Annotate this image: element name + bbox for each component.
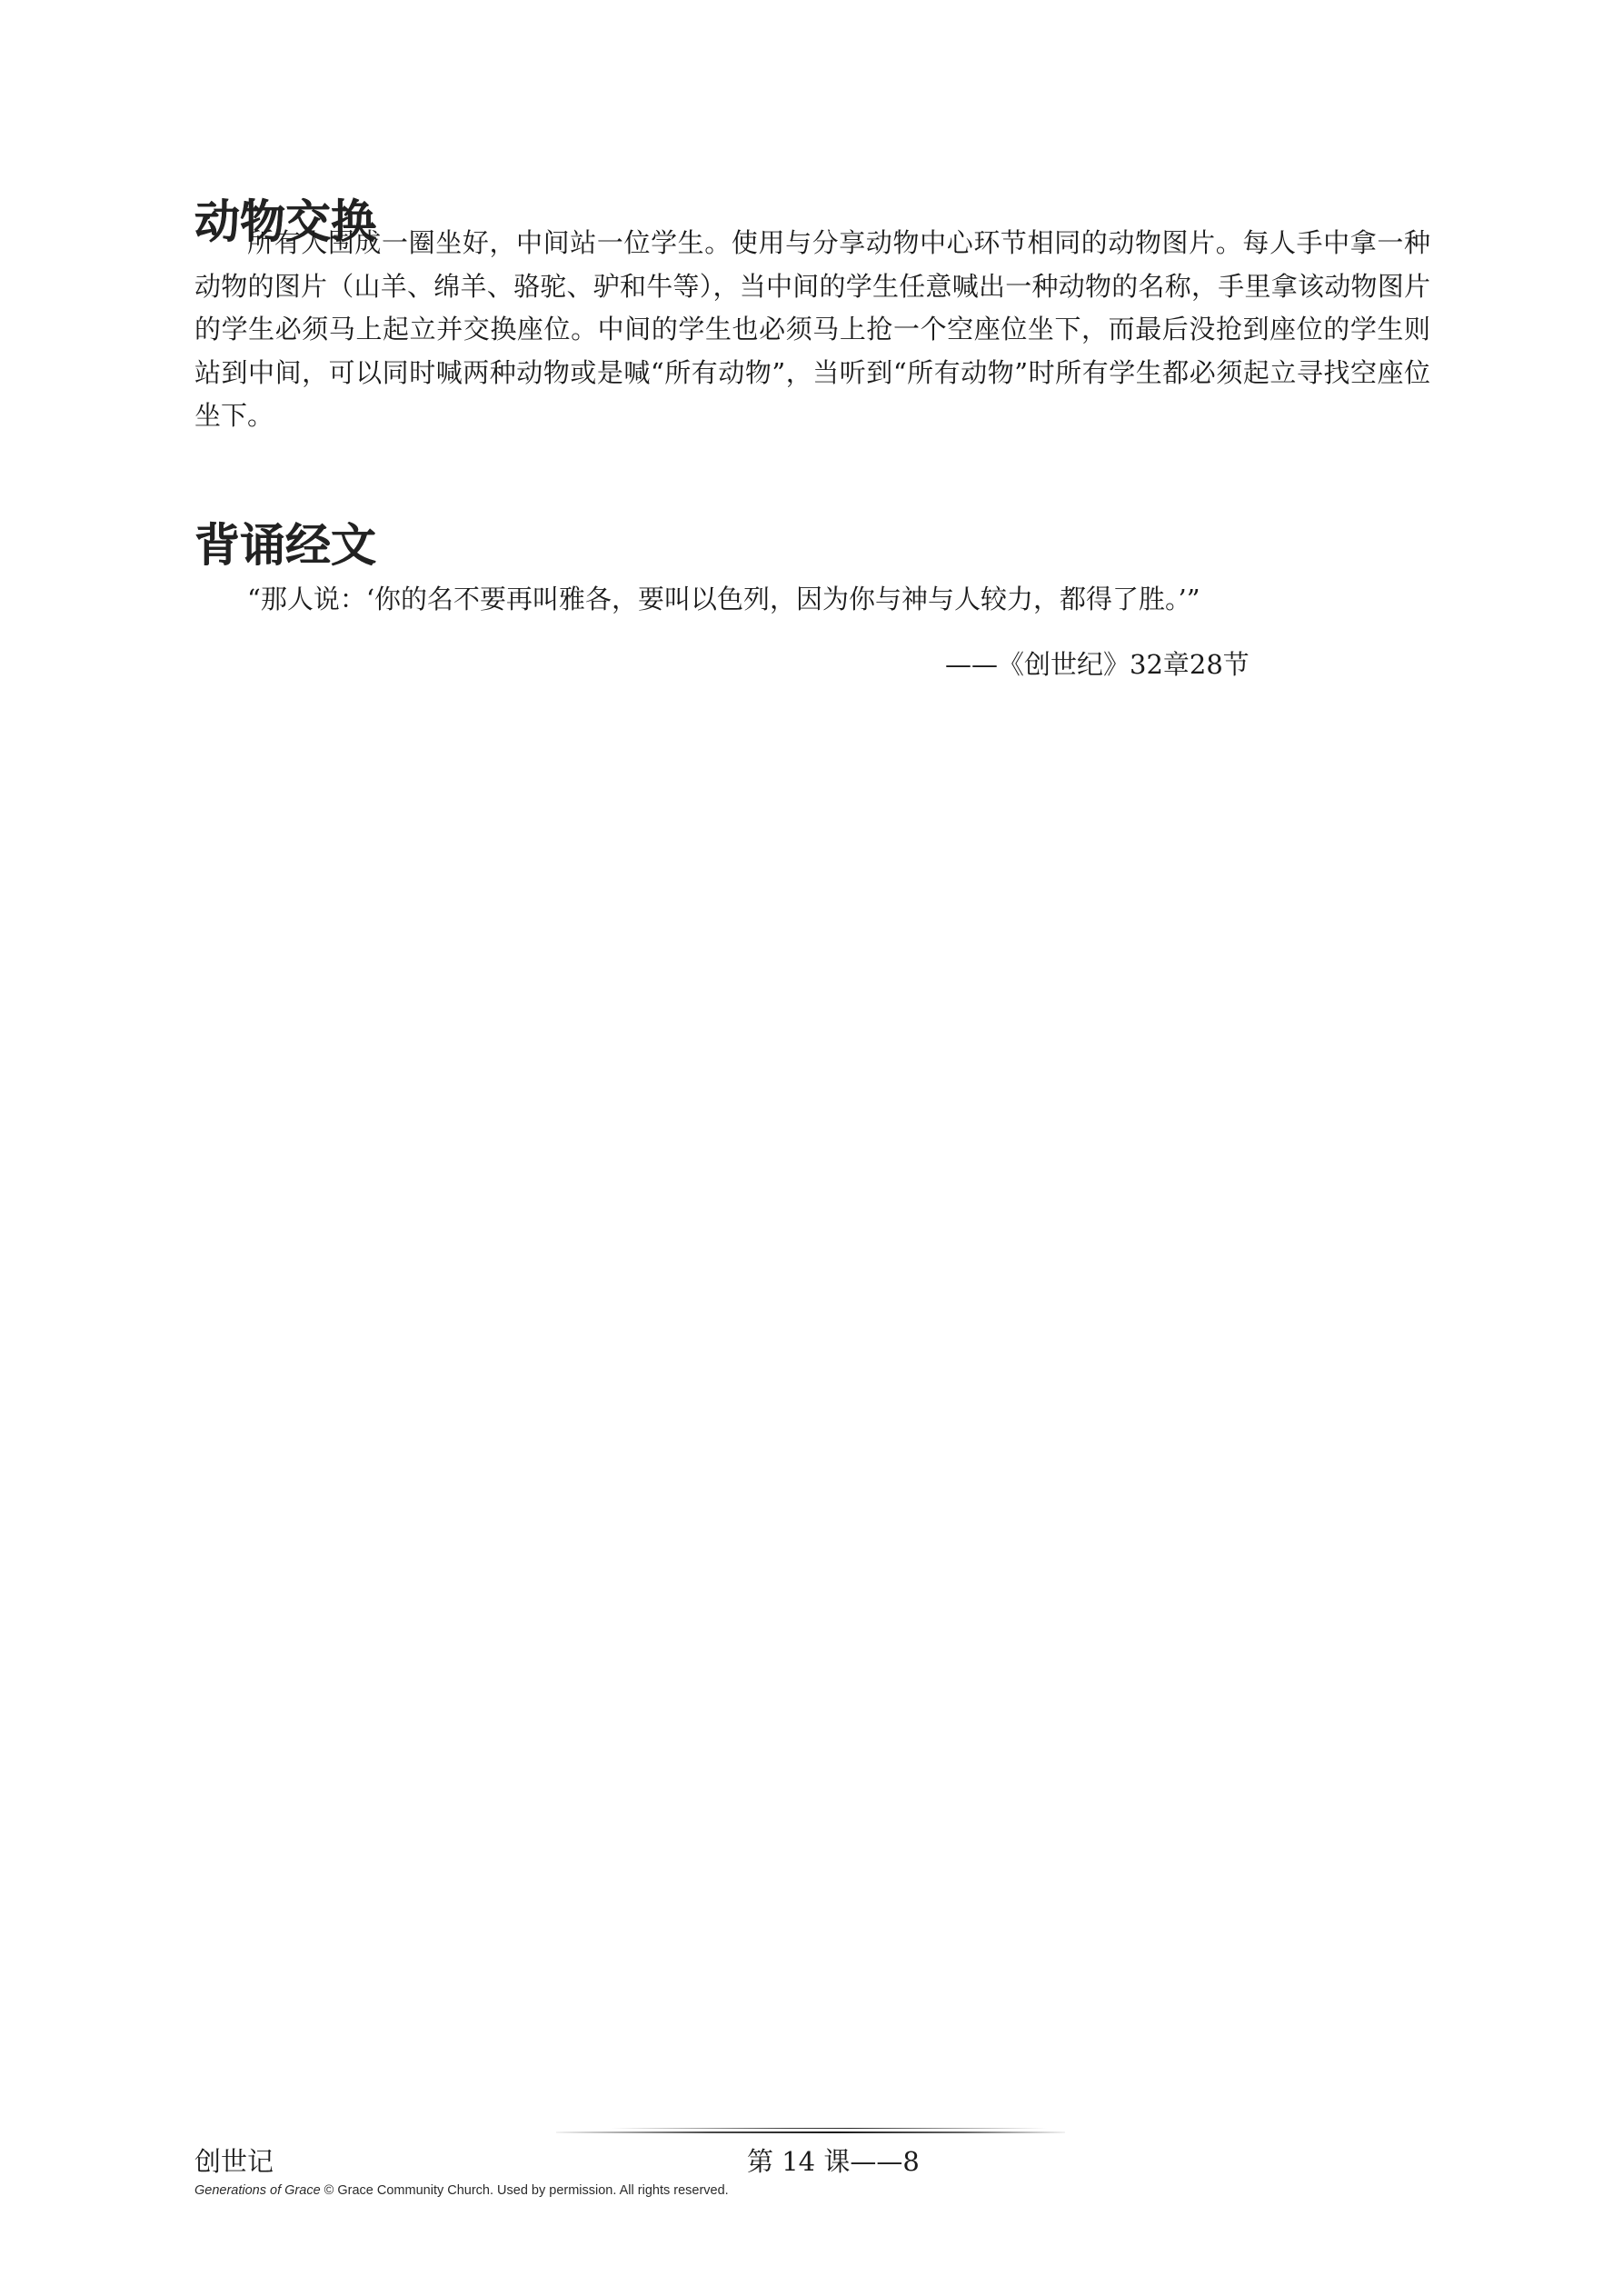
footer-divider-thick-line — [556, 2131, 1065, 2133]
footer-divider — [556, 2128, 1065, 2133]
footer-copyright: Generations of Grace © Grace Community C… — [194, 2181, 729, 2201]
document-page: 动物交换 所有人围成一圈坐好，中间站一位学生。使用与分享动物中心环节相同的动物图… — [0, 0, 1623, 2296]
footer-book-title: 创世记 — [194, 2143, 274, 2180]
animal-swap-instructions: 所有人围成一圈坐好，中间站一位学生。使用与分享动物中心环节相同的动物图片。每人手… — [194, 222, 1430, 438]
memory-verse-reference: ——《创世纪》32章28节 — [945, 644, 1281, 686]
footer-page-number: 第 14 课——8 — [747, 2143, 920, 2180]
copyright-notice: © Grace Community Church. Used by permis… — [321, 2183, 729, 2198]
copyright-series-title: Generations of Grace — [194, 2183, 321, 2198]
memory-verse-text: “那人说：‘你的名不要再叫雅各，要叫以色列，因为你与神与人较力，都得了胜。’” — [194, 578, 1430, 621]
footer-divider-thin-line — [611, 2128, 1047, 2129]
section-title-memory-verse: 背诵经文 — [194, 518, 376, 573]
